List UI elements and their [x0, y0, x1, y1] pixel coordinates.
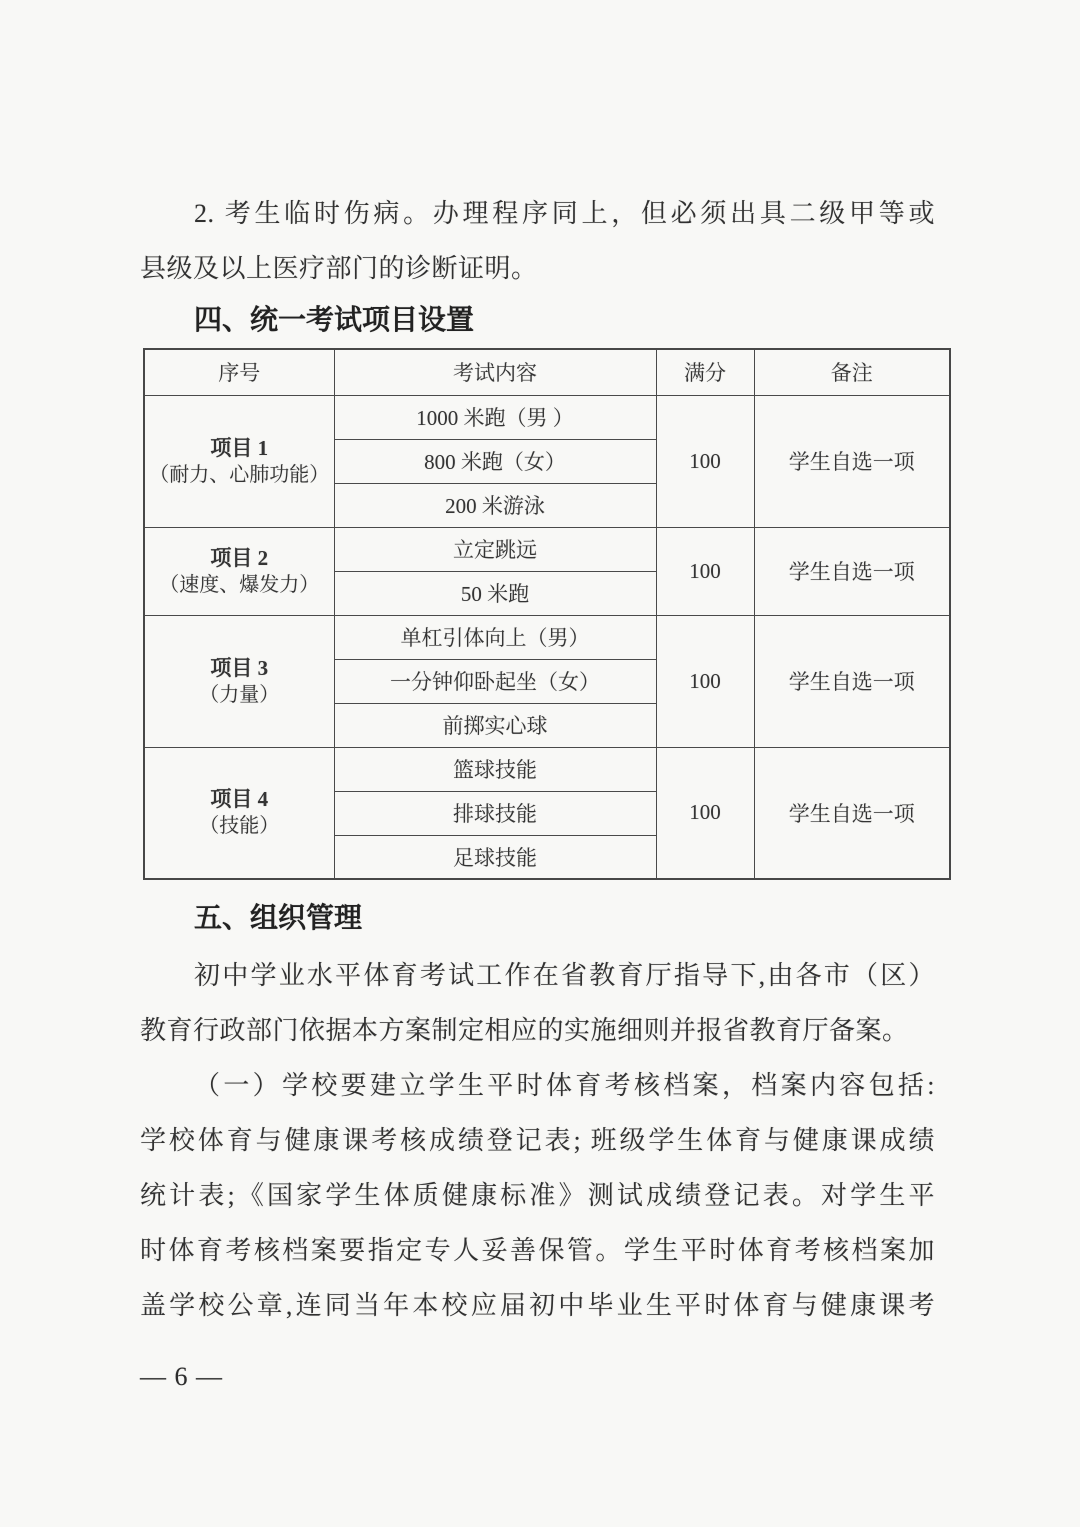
text-line: 初中学业水平体育考试工作在省教育厅指导下,由各市（区） [140, 948, 935, 1003]
item-cell: 排球技能 [334, 791, 656, 835]
group4-note-cell: 学生自选一项 [754, 747, 950, 879]
paragraph-school-archives: （一）学校要建立学生平时体育考核档案，档案内容包括: 学校体育与健康课考核成绩登… [140, 1058, 935, 1333]
section5-heading: 五、组织管理 [140, 896, 935, 940]
group3-category: （力量） [149, 682, 330, 708]
item-cell: 50 米跑 [334, 571, 656, 615]
group4-category: （技能） [149, 813, 330, 839]
text-line: 学校体育与健康课考核成绩登记表; 班级学生体育与健康课成绩 [140, 1113, 935, 1168]
group1-name: 项目 1 [149, 435, 330, 462]
text-line: 县级及以上医疗部门的诊断证明。 [140, 241, 935, 296]
table-row: 项目 3 （力量） 单杠引体向上（男） 100 学生自选一项 [144, 615, 950, 659]
table-row: 项目 1 （耐力、心肺功能） 1000 米跑（男 ） 100 学生自选一项 [144, 395, 950, 439]
item-cell: 单杠引体向上（男） [334, 615, 656, 659]
text-line: 教育行政部门依据本方案制定相应的实施细则并报省教育厅备案。 [140, 1003, 935, 1058]
document-page: 2. 考生临时伤病。办理程序同上，但必须出具二级甲等或 县级及以上医疗部门的诊断… [0, 0, 1080, 1527]
table-row: 项目 4 （技能） 篮球技能 100 学生自选一项 [144, 747, 950, 791]
group2-note-cell: 学生自选一项 [754, 527, 950, 615]
column-header-seq: 序号 [144, 349, 334, 395]
paragraph-org-overview: 初中学业水平体育考试工作在省教育厅指导下,由各市（区） 教育行政部门依据本方案制… [140, 948, 935, 1058]
group2-score-cell: 100 [656, 527, 754, 615]
item-cell: 1000 米跑（男 ） [334, 395, 656, 439]
group3-note-cell: 学生自选一项 [754, 615, 950, 747]
group3-seq-cell: 项目 3 （力量） [144, 615, 334, 747]
group4-score-cell: 100 [656, 747, 754, 879]
text-line: 时体育考核档案要指定专人妥善保管。学生平时体育考核档案加 [140, 1223, 935, 1278]
item-cell: 篮球技能 [334, 747, 656, 791]
text-line: 盖学校公章,连同当年本校应届初中毕业生平时体育与健康课考 [140, 1278, 935, 1333]
item-cell: 800 米跑（女） [334, 439, 656, 483]
group4-name: 项目 4 [149, 786, 330, 813]
item-cell: 前掷实心球 [334, 703, 656, 747]
group3-score-cell: 100 [656, 615, 754, 747]
group2-seq-cell: 项目 2 （速度、爆发力） [144, 527, 334, 615]
table-header-row: 序号 考试内容 满分 备注 [144, 349, 950, 395]
group2-name: 项目 2 [149, 545, 330, 572]
group1-note-cell: 学生自选一项 [754, 395, 950, 527]
paragraph-injury-provision: 2. 考生临时伤病。办理程序同上，但必须出具二级甲等或 县级及以上医疗部门的诊断… [140, 0, 935, 296]
page-number: — 6 — [140, 1359, 935, 1395]
exam-items-table: 序号 考试内容 满分 备注 项目 1 （耐力、心肺功能） 1000 米跑（男 ）… [143, 348, 951, 880]
group2-category: （速度、爆发力） [149, 572, 330, 598]
group3-name: 项目 3 [149, 655, 330, 682]
group1-category: （耐力、心肺功能） [149, 462, 330, 488]
item-cell: 立定跳远 [334, 527, 656, 571]
text-line: 2. 考生临时伤病。办理程序同上，但必须出具二级甲等或 [140, 186, 935, 241]
item-cell: 足球技能 [334, 835, 656, 879]
column-header-note: 备注 [754, 349, 950, 395]
item-cell: 一分钟仰卧起坐（女） [334, 659, 656, 703]
group4-seq-cell: 项目 4 （技能） [144, 747, 334, 879]
column-header-content: 考试内容 [334, 349, 656, 395]
page-content: 2. 考生临时伤病。办理程序同上，但必须出具二级甲等或 县级及以上医疗部门的诊断… [140, 0, 935, 1395]
text-line: 统计表;《国家学生体质健康标准》测试成绩登记表。对学生平 [140, 1168, 935, 1223]
group1-score-cell: 100 [656, 395, 754, 527]
section4-heading: 四、统一考试项目设置 [140, 298, 935, 342]
table-row: 项目 2 （速度、爆发力） 立定跳远 100 学生自选一项 [144, 527, 950, 571]
group1-seq-cell: 项目 1 （耐力、心肺功能） [144, 395, 334, 527]
item-cell: 200 米游泳 [334, 483, 656, 527]
column-header-score: 满分 [656, 349, 754, 395]
text-line: （一）学校要建立学生平时体育考核档案，档案内容包括: [140, 1058, 935, 1113]
